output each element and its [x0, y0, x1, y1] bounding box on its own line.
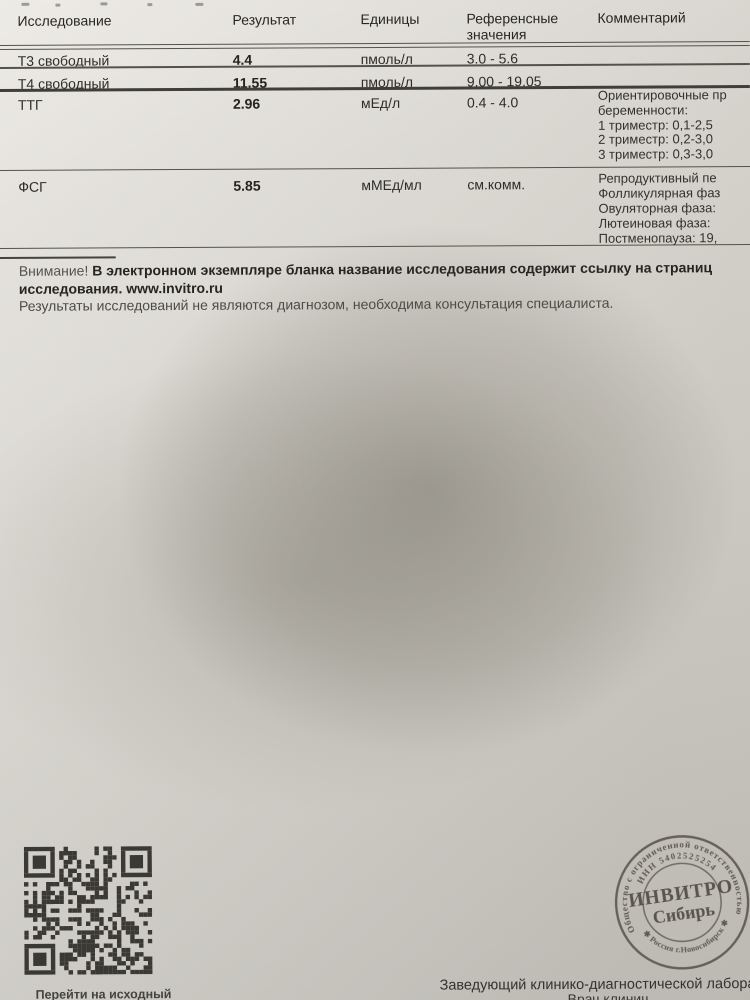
- test-name: ТТГ: [18, 96, 233, 113]
- comment-line: Овуляторная фаза:: [598, 200, 720, 216]
- test-result: 5.85: [233, 177, 361, 194]
- warning-text: В электронном экземпляре бланка название…: [92, 259, 712, 278]
- lab-report-photo: Исследование Результат Единицы Референсн…: [0, 0, 750, 1000]
- test-name: ФСГ: [18, 178, 233, 195]
- comment-line: Фолликулярная фаз: [598, 185, 720, 201]
- col-header-units: Единицы: [360, 11, 466, 44]
- table-header-row: Исследование Результат Единицы Референсн…: [17, 9, 685, 44]
- cut-text-remnant: [100, 2, 107, 5]
- cut-text-remnant: [55, 4, 60, 7]
- qr-caption: Перейти на исходный: [36, 987, 172, 1000]
- test-comment: Ориентировочные пр беременности: 1 триме…: [598, 88, 727, 163]
- col-header-test: Исследование: [17, 12, 232, 45]
- test-units: мЕд/л: [361, 95, 467, 112]
- divider-line: [0, 244, 750, 249]
- col-header-reference: Референсные значения: [466, 10, 586, 43]
- table-row: ФСГ 5.85 мМЕд/мл см.комм.: [18, 176, 598, 195]
- test-comment: Репродуктивный пе Фолликулярная фаз Овул…: [598, 170, 720, 247]
- qr-code-image: [24, 846, 153, 975]
- document-content: Исследование Результат Единицы Референсн…: [0, 0, 750, 1000]
- comment-line: беременности:: [598, 103, 727, 118]
- invitro-stamp: Общество с ограниченной ответственностью…: [591, 812, 750, 993]
- signature-cut-line: Врач клинич: [568, 991, 649, 1000]
- test-reference: 0.4 - 4.0: [467, 94, 598, 111]
- comment-line: Ориентировочные пр: [598, 88, 727, 103]
- warning-line-1: Внимание! В электронном экземпляре бланк…: [19, 259, 712, 280]
- col-header-comment: Комментарий: [597, 9, 685, 41]
- warning-word: Внимание!: [19, 262, 89, 278]
- disclaimer-text: Результаты исследований не являются диаг…: [19, 294, 712, 315]
- notes-block: Внимание! В электронном экземпляре бланк…: [19, 259, 713, 315]
- cut-text-remnant: [195, 3, 203, 6]
- comment-line: Лютеиновая фаза:: [599, 215, 721, 231]
- col-header-result: Результат: [232, 11, 360, 44]
- test-result: 2.96: [233, 95, 361, 112]
- comment-line: 3 триместр: 0,3-3,0: [598, 147, 727, 162]
- cut-text-remnant: [147, 3, 152, 6]
- qr-code: [24, 846, 153, 975]
- table-row: ТТГ 2.96 мЕд/л 0.4 - 4.0: [18, 94, 598, 113]
- test-units: мМЕд/мл: [361, 177, 467, 194]
- comment-line: Репродуктивный пе: [598, 170, 720, 186]
- test-reference: см.комм.: [467, 176, 598, 193]
- divider-line-fragment: [0, 256, 116, 259]
- cut-text-remnant: [21, 3, 29, 6]
